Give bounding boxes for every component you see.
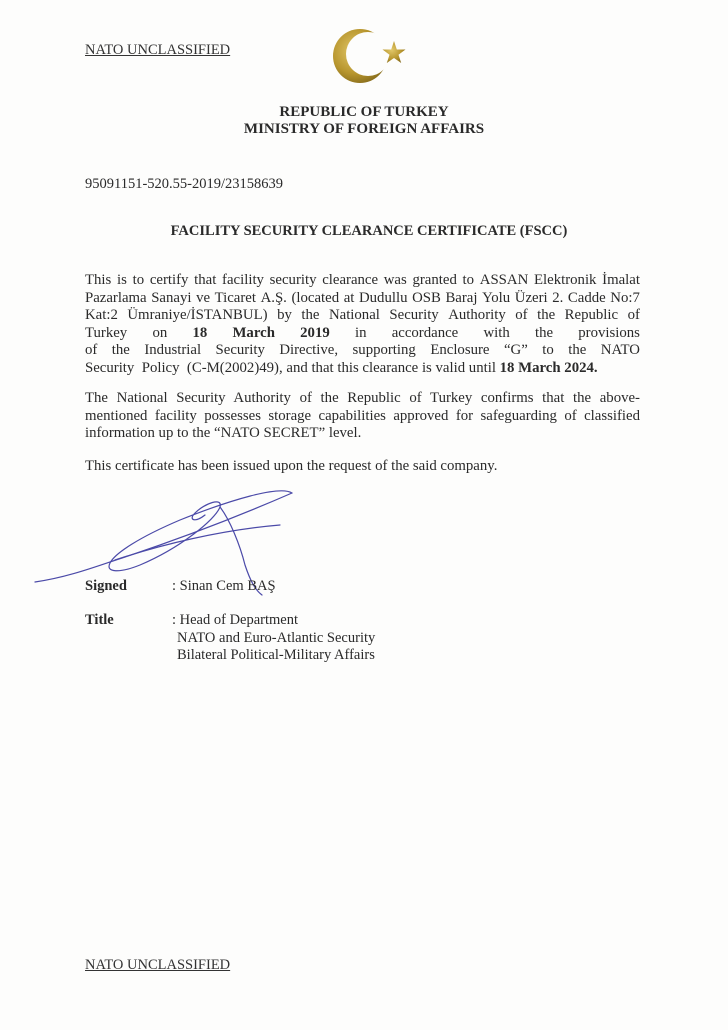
country-heading: REPUBLIC OF TURKEY bbox=[0, 104, 728, 121]
title-line-position: : Head of Department bbox=[172, 612, 375, 630]
crescent-star-icon bbox=[331, 26, 407, 86]
paragraph-line: Kat:2Ümraniye/İSTANBUL)bytheNationalSecu… bbox=[85, 307, 640, 325]
classification-marking-bottom: NATO UNCLASSIFIED bbox=[85, 957, 230, 974]
title-line-department: Bilateral Political-Military Affairs bbox=[172, 647, 375, 665]
validity-line: Security Policy (C-M(2002)49), and that … bbox=[85, 360, 640, 378]
paragraph-line: Turkeyon18March2019inaccordancewiththepr… bbox=[85, 325, 640, 343]
ministry-heading: MINISTRY OF FOREIGN AFFAIRS bbox=[0, 121, 728, 138]
paragraph-line: Thisistocertifythatfacilitysecurityclear… bbox=[85, 272, 640, 290]
signatory-title: : Head of Department NATO and Euro-Atlan… bbox=[172, 612, 375, 665]
storage-capability-paragraph: The National Security Authority of the R… bbox=[85, 390, 640, 443]
paragraph-line: oftheIndustrialSecurityDirective,support… bbox=[85, 342, 640, 360]
title-line-division: NATO and Euro-Atlantic Security bbox=[172, 630, 375, 648]
request-note-paragraph: This certificate has been issued upon th… bbox=[85, 458, 640, 476]
document-title: FACILITY SECURITY CLEARANCE CERTIFICATE … bbox=[5, 223, 728, 240]
signatory-name: : Sinan Cem BAŞ bbox=[172, 578, 276, 596]
valid-until-date: 18 March 2024. bbox=[500, 360, 598, 376]
reference-number: 95091151-520.55-2019/23158639 bbox=[85, 176, 283, 193]
certification-paragraph: Thisistocertifythatfacilitysecurityclear… bbox=[85, 272, 640, 377]
title-label: Title bbox=[85, 612, 114, 629]
paragraph-line: PazarlamaSanayiveTicaretA.Ş.(locatedatDu… bbox=[85, 290, 640, 308]
signed-label: Signed bbox=[85, 578, 127, 595]
classification-marking-top: NATO UNCLASSIFIED bbox=[85, 42, 230, 59]
